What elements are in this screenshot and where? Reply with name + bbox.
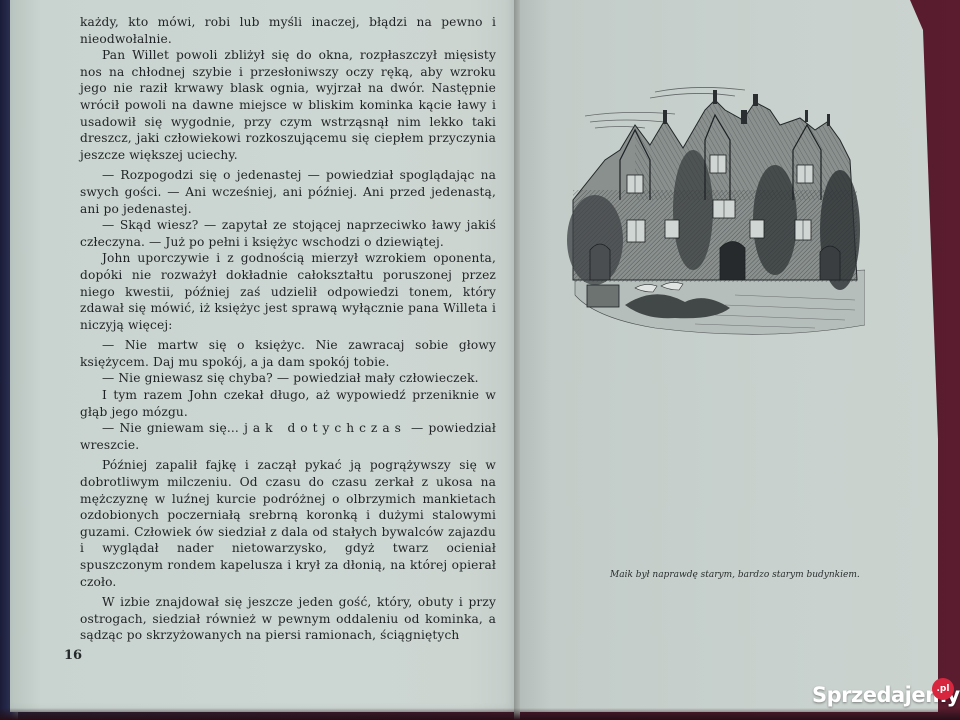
paragraph: W izbie znajdował się jeszcze jeden gość… xyxy=(80,594,496,644)
book-photo: każdy, kto mówi, robi lub myśli inaczej,… xyxy=(0,0,960,720)
illustration-caption: Maik był naprawdę starym, bardzo starym … xyxy=(610,570,850,580)
paragraph: — Nie gniewasz się chyba? — powiedział m… xyxy=(80,370,496,387)
paragraph: I tym razem John czekał długo, aż wypowi… xyxy=(80,387,496,420)
paragraph: Później zapalił fajkę i zaczął pykać ją … xyxy=(80,457,496,590)
paragraph: — Rozpogodzi się o jedenastej — powiedzi… xyxy=(80,167,496,217)
paragraph: — Nie martw się o księżyc. Nie zawracaj … xyxy=(80,337,496,370)
paragraph: każdy, kto mówi, robi lub myśli inaczej,… xyxy=(80,14,496,47)
dialogue-text: — Nie gniewam się... xyxy=(102,421,244,435)
watermark-badge: .pl xyxy=(932,678,954,700)
paragraph: — Skąd wiesz? — zapytał ze stojącej napr… xyxy=(80,217,496,250)
mansion-illustration xyxy=(565,80,865,340)
paragraph: — Nie gniewam się... jak dotychczas — po… xyxy=(80,420,496,453)
emphasized-spaced-text: jak dotychczas xyxy=(244,421,406,435)
page-number: 16 xyxy=(64,648,82,663)
paragraph: Pan Willet powoli zbliżył się do okna, r… xyxy=(80,47,496,163)
bottom-shadow xyxy=(0,708,960,720)
paragraph: John uporczywie i z godnością mierzył wz… xyxy=(80,250,496,333)
book-gutter xyxy=(514,0,520,720)
left-page-text: każdy, kto mówi, robi lub myśli inaczej,… xyxy=(80,14,496,644)
